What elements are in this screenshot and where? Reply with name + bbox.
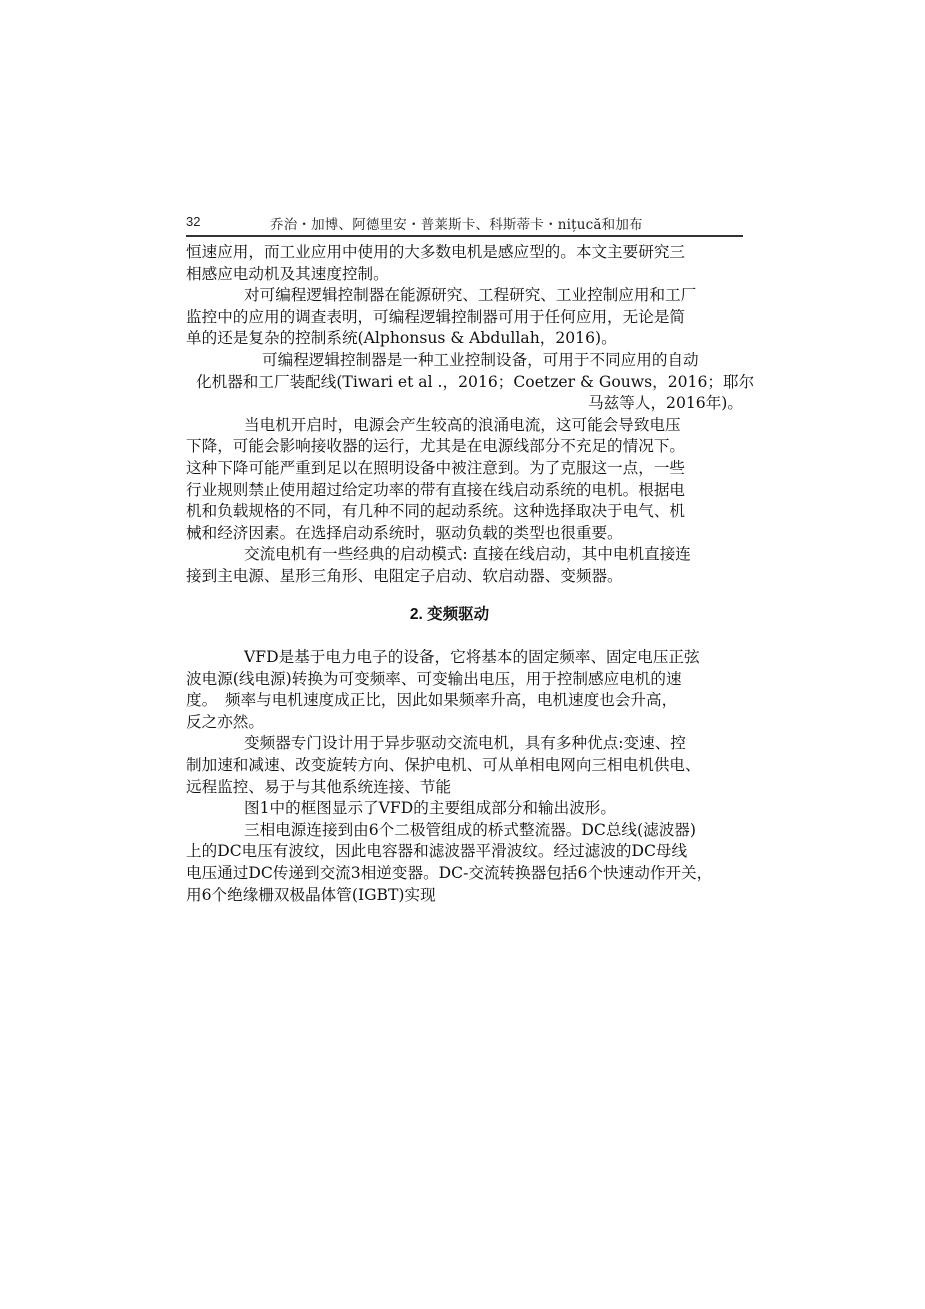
text-line: 三相电源连接到由6个二极管组成的桥式整流器。DC总线(滤波器): [186, 820, 743, 842]
text-line: 波电源(线电源)转换为可变频率、可变输出电压，用于控制感应电机的速: [186, 669, 743, 691]
paragraph: 当电机开启时，电源会产生较高的浪涌电流，这可能会导致电压 下降，可能会影响接收器…: [186, 415, 743, 545]
document-page: 32 乔治・加博、阿德里安・普莱斯卡、科斯蒂卡・nițucă和加布 恒速应用，而…: [186, 208, 743, 234]
text-line: 对可编程逻辑控制器在能源研究、工程研究、工业控制应用和工厂: [186, 285, 743, 307]
paragraph: 变频器专门设计用于异步驱动交流电机，具有多种优点:变速、控 制加速和减速、改变旋…: [186, 733, 743, 798]
text-line: VFD是基于电力电子的设备，它将基本的固定频率、固定电压正弦: [186, 647, 743, 669]
text-line: 单的还是复杂的控制系统(Alphonsus & Abdullah，2016)。: [186, 328, 743, 350]
running-header-authors: 乔治・加博、阿德里安・普莱斯卡、科斯蒂卡・nițucă和加布: [270, 213, 643, 233]
paragraph: 恒速应用，而工业应用中使用的大多数电机是感应型的。本文主要研究三 相感应电动机及…: [186, 242, 743, 285]
paragraph: VFD是基于电力电子的设备，它将基本的固定频率、固定电压正弦 波电源(线电源)转…: [186, 647, 743, 733]
text-line: 接到主电源、星形三角形、电阻定子启动、软启动器、变频器。: [186, 566, 743, 588]
text-line: 下降，可能会影响接收器的运行，尤其是在电源线部分不充足的情况下。: [186, 436, 743, 458]
text-line: 当电机开启时，电源会产生较高的浪涌电流，这可能会导致电压: [186, 415, 743, 437]
text-line: 这种下降可能严重到足以在照明设备中被注意到。为了克服这一点，一些: [186, 458, 743, 480]
text-line: 交流电机有一些经典的启动模式: 直接在线启动，其中电机直接连: [186, 544, 743, 566]
text-line: 制加速和减速、改变旋转方向、保护电机、可从单相电网向三相电机供电、: [186, 755, 743, 777]
body-text: 恒速应用，而工业应用中使用的大多数电机是感应型的。本文主要研究三 相感应电动机及…: [186, 242, 743, 906]
text-line: 可编程逻辑控制器是一种工业控制设备，可用于不同应用的自动: [186, 350, 743, 372]
text-line: 机和负载规格的不同，有几种不同的起动系统。这种选择取决于电气、机: [186, 501, 743, 523]
text-line: 上的DC电压有波纹，因此电容器和滤波器平滑波纹。经过滤波的DC母线: [186, 841, 743, 863]
text-line: 械和经济因素。在选择启动系统时，驱动负载的类型也很重要。: [186, 523, 743, 545]
text-line: 图1中的框图显示了VFD的主要组成部分和输出波形。: [186, 798, 743, 820]
text-line: 化机器和工厂装配线(Tiwari et al .，2016；Coetzer & …: [186, 372, 743, 394]
text-line: 反之亦然。: [186, 712, 743, 734]
section-heading: 2. 变频驱动: [186, 604, 743, 626]
paragraph: 对可编程逻辑控制器在能源研究、工程研究、工业控制应用和工厂 监控中的应用的调查表…: [186, 285, 743, 350]
running-header: 32 乔治・加博、阿德里安・普莱斯卡、科斯蒂卡・nițucă和加布: [186, 208, 743, 234]
paragraph: 可编程逻辑控制器是一种工业控制设备，可用于不同应用的自动 化机器和工厂装配线(T…: [186, 350, 743, 415]
paragraph: 交流电机有一些经典的启动模式: 直接在线启动，其中电机直接连 接到主电源、星形三…: [186, 544, 743, 587]
paragraph: 三相电源连接到由6个二极管组成的桥式整流器。DC总线(滤波器) 上的DC电压有波…: [186, 820, 743, 906]
text-line: 行业规则禁止使用超过给定功率的带有直接在线启动系统的电机。根据电: [186, 480, 743, 502]
text-line: 远程监控、易于与其他系统连接、节能: [186, 777, 743, 799]
text-line: 度。 频率与电机速度成正比，因此如果频率升高，电机速度也会升高，: [186, 690, 743, 712]
paragraph: 图1中的框图显示了VFD的主要组成部分和输出波形。: [186, 798, 743, 820]
text-line: 变频器专门设计用于异步驱动交流电机，具有多种优点:变速、控: [186, 733, 743, 755]
text-line: 马兹等人，2016年)。: [186, 393, 743, 415]
text-line: 监控中的应用的调查表明，可编程逻辑控制器可用于任何应用，无论是简: [186, 307, 743, 329]
text-line: 用6个绝缘栅双极晶体管(IGBT)实现: [186, 885, 743, 907]
page-number: 32: [186, 214, 200, 229]
header-rule: [186, 235, 743, 237]
text-line: 电压通过DC传递到交流3相逆变器。DC-交流转换器包括6个快速动作开关，: [186, 863, 743, 885]
text-line: 恒速应用，而工业应用中使用的大多数电机是感应型的。本文主要研究三: [186, 242, 743, 264]
text-line: 相感应电动机及其速度控制。: [186, 264, 743, 286]
